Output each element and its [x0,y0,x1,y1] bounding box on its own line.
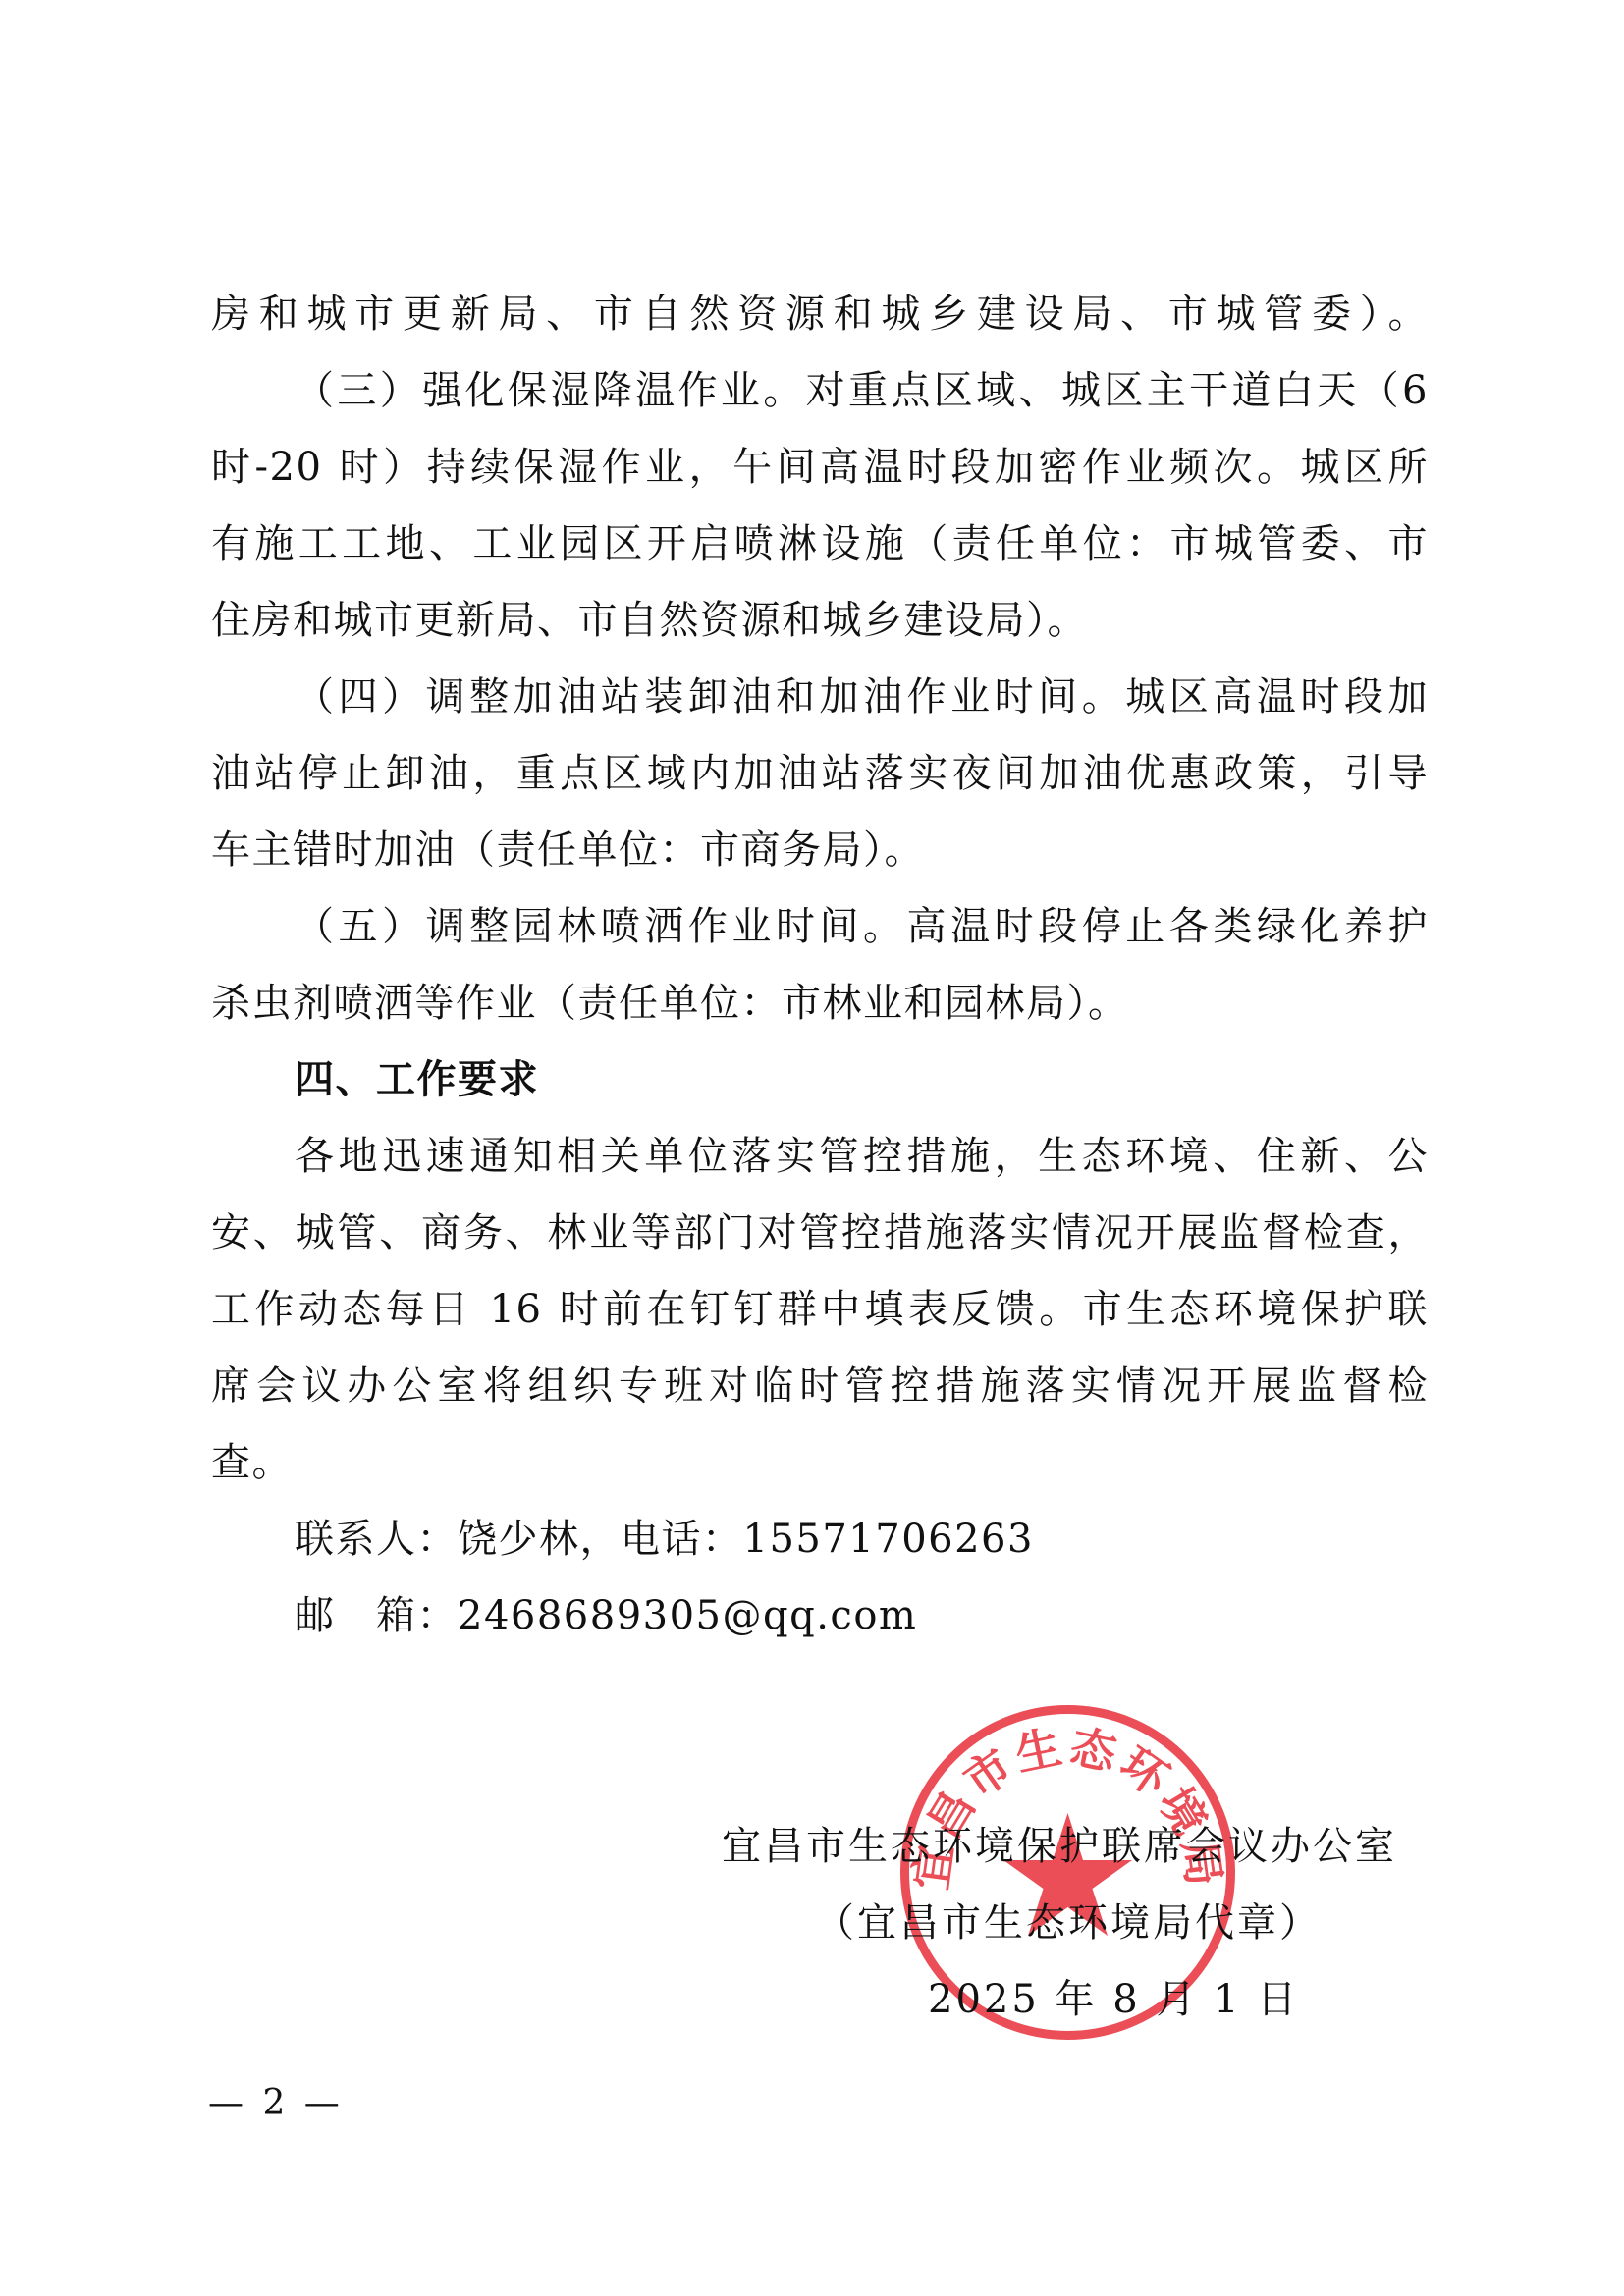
contact-email: 邮 箱：2468689305@qq.com [295,1577,917,1654]
body-line: 查。 [211,1424,1429,1501]
signature-stamp-note: （宜昌市生态环境局代章） [815,1885,1322,1961]
body-line: 有施工工地、工业园区开启喷淋设施（责任单位：市城管委、市 [211,506,1429,582]
signature-date: 2025 年 8 月 1 日 [928,1961,1299,2038]
section-5-line: （五）调整园林喷洒作业时间。高温时段停止各类绿化养护 [295,888,1429,965]
body-line: 各地迅速通知相关单位落实管控措施，生态环境、住新、公 [295,1118,1429,1195]
contact-person: 联系人：饶少林，电话：15571706263 [295,1501,1034,1577]
body-line: 住房和城市更新局、市自然资源和城乡建设局）。 [211,582,1429,659]
body-line: 杀虫剂喷洒等作业（责任单位：市林业和园林局）。 [211,965,1429,1041]
section-heading-work-requirements: 四、工作要求 [295,1041,1429,1118]
page-number: — 2 — [208,2079,344,2128]
body-line: 安、城管、商务、林业等部门对管控措施落实情况开展监督检查， [211,1195,1429,1271]
body-line: 工作动态每日 16 时前在钉钉群中填表反馈。市生态环境保护联 [211,1271,1429,1348]
body-line: 席会议办公室将组织专班对临时管控措施落实情况开展监督检 [211,1348,1429,1424]
body-line: 油站停止卸油，重点区域内加油站落实夜间加油优惠政策，引导 [211,735,1429,812]
signature-organization: 宜昌市生态环境保护联席会议办公室 [722,1808,1397,1885]
section-3-line: （三）强化保湿降温作业。对重点区域、城区主干道白天（6 [295,352,1429,429]
body-line: 时-20 时）持续保湿作业，午间高温时段加密作业频次。城区所 [211,429,1429,506]
section-4-line: （四）调整加油站装卸油和加油作业时间。城区高温时段加 [295,659,1429,735]
body-line: 车主错时加油（责任单位：市商务局）。 [211,812,1429,888]
document-page: 房和城市更新局、市自然资源和城乡建设局、市城管委）。 （三）强化保湿降温作业。对… [0,0,1624,2296]
body-line: 房和城市更新局、市自然资源和城乡建设局、市城管委）。 [211,276,1429,352]
